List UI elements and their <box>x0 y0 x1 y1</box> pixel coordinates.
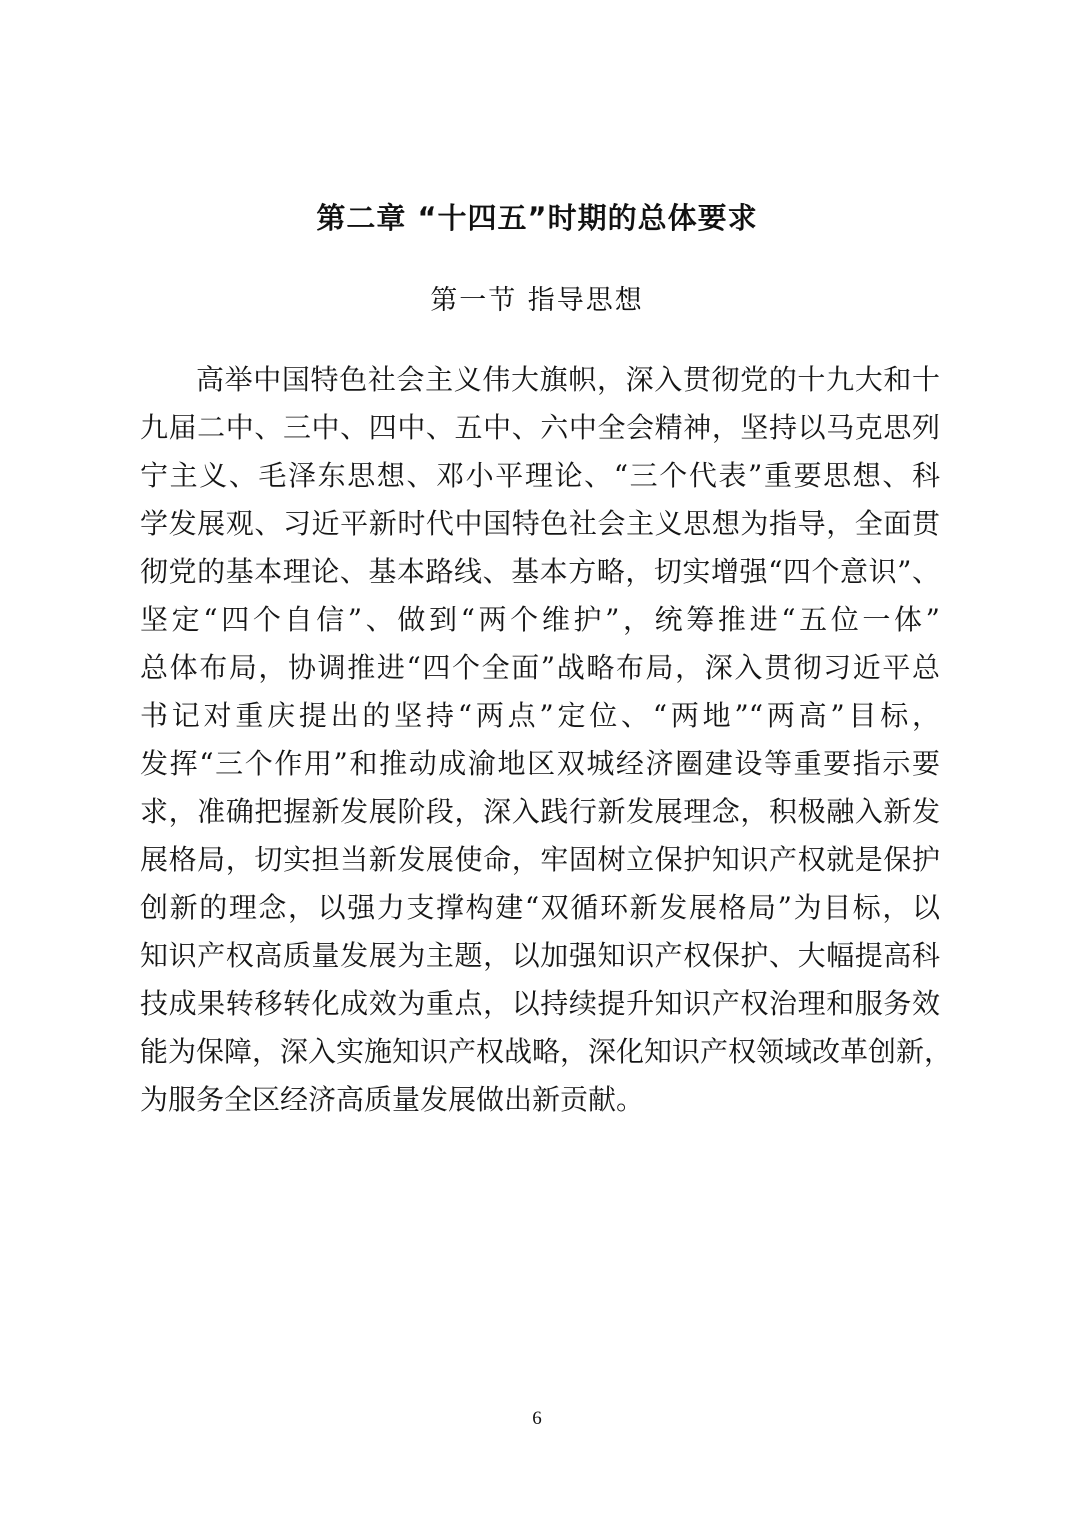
paragraph-line: 技成果转移转化成效为重点，以持续提升知识产权治理和服务效 <box>140 980 940 1028</box>
section-title: 第一节 指导思想 <box>0 279 1074 323</box>
paragraph-line: 彻党的基本理论、基本路线、基本方略，切实增强“四个意识”、 <box>140 548 940 596</box>
paragraph-line: 书记对重庆提出的坚持“两点”定位、“两地”“两高”目标， <box>140 692 940 740</box>
paragraph-line: 创新的理念，以强力支撑构建“双循环新发展格局”为目标，以 <box>140 884 940 932</box>
paragraph-line: 宁主义、毛泽东思想、邓小平理论、“三个代表”重要思想、科 <box>140 452 940 500</box>
paragraph-line: 为服务全区经济高质量发展做出新贡献。 <box>140 1076 940 1124</box>
paragraph-line: 能为保障，深入实施知识产权战略，深化知识产权领域改革创新， <box>140 1028 940 1076</box>
paragraph-line: 九届二中、三中、四中、五中、六中全会精神，坚持以马克思列 <box>140 404 940 452</box>
paragraph-line: 高举中国特色社会主义伟大旗帜，深入贯彻党的十九大和十 <box>140 356 940 404</box>
paragraph-line: 展格局，切实担当新发展使命，牢固树立保护知识产权就是保护 <box>140 836 940 884</box>
paragraph-line: 知识产权高质量发展为主题，以加强知识产权保护、大幅提高科 <box>140 932 940 980</box>
paragraph-line: 发挥“三个作用”和推动成渝地区双城经济圈建设等重要指示要 <box>140 740 940 788</box>
document-page: 第二章 “十四五”时期的总体要求 第一节 指导思想 高举中国特色社会主义伟大旗帜… <box>0 0 1074 1520</box>
page-number: 6 <box>0 1408 1074 1430</box>
body-paragraph: 高举中国特色社会主义伟大旗帜，深入贯彻党的十九大和十 九届二中、三中、四中、五中… <box>140 356 940 1124</box>
paragraph-line: 求，准确把握新发展阶段，深入践行新发展理念，积极融入新发 <box>140 788 940 836</box>
chapter-title: 第二章 “十四五”时期的总体要求 <box>0 196 1074 240</box>
paragraph-line: 总体布局，协调推进“四个全面”战略布局，深入贯彻习近平总 <box>140 644 940 692</box>
paragraph-line: 学发展观、习近平新时代中国特色社会主义思想为指导，全面贯 <box>140 500 940 548</box>
paragraph-line: 坚定“四个自信”、做到“两个维护”，统筹推进“五位一体” <box>140 596 940 644</box>
